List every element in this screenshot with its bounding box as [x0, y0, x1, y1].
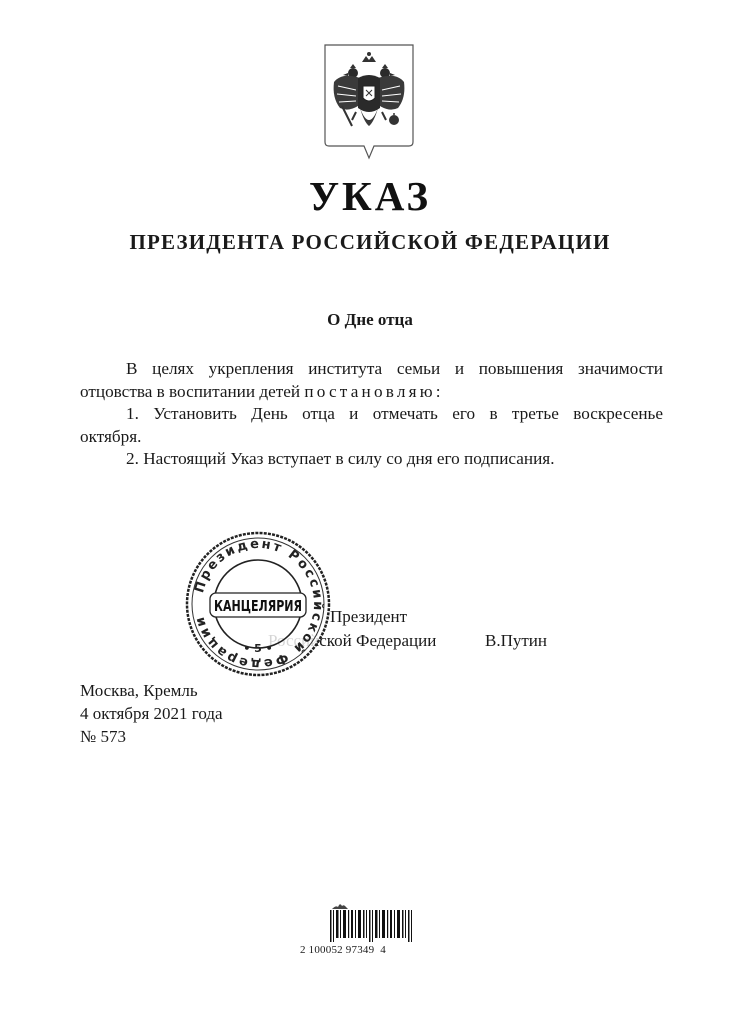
- decree-word: постановляю: [304, 382, 435, 401]
- item-1-line-1: 1. Установить День отца и отмечать его в…: [80, 403, 663, 426]
- double-headed-eagle-icon: [322, 42, 416, 162]
- document-subtitle: ПРЕЗИДЕНТА РОССИЙСКОЙ ФЕДЕРАЦИИ: [0, 228, 740, 256]
- preamble-colon: :: [436, 382, 441, 401]
- preamble-line-1: В целях укрепления института семьи и пов…: [80, 358, 663, 381]
- signatory-name: В.Путин: [485, 630, 547, 652]
- barcode-number: 2 100052 97349 4: [300, 944, 440, 957]
- preamble-line-2: отцовства в воспитании детей постановляю…: [80, 381, 663, 404]
- coat-of-arms-emblem: [322, 42, 416, 162]
- item-1-line-2: октября.: [80, 426, 663, 449]
- signatory-title-line-1: Президент: [330, 606, 407, 628]
- barcode: [324, 896, 424, 946]
- signing-place: Москва, Кремль: [80, 679, 223, 702]
- place-date-block: Москва, Кремль 4 октября 2021 года № 573: [80, 679, 223, 748]
- decree-heading: О Дне отца: [0, 308, 740, 332]
- item-2: 2. Настоящий Указ вступает в силу со дня…: [80, 448, 663, 471]
- document-title: УКАЗ: [0, 172, 740, 220]
- chancellery-seal: Президент Российской Федерации • 5 • КАН…: [184, 530, 332, 678]
- barcode-icon: [324, 896, 424, 946]
- svg-text:КАНЦЕЛЯРИЯ: КАНЦЕЛЯРИЯ: [214, 597, 302, 615]
- decree-body: В целях укрепления института семьи и пов…: [80, 358, 663, 471]
- preamble-text: отцовства в воспитании детей: [80, 382, 304, 401]
- decree-number: № 573: [80, 725, 223, 748]
- seal-stamp-icon: Президент Российской Федерации • 5 • КАН…: [184, 530, 332, 678]
- svg-text:• 5 •: • 5 •: [243, 642, 272, 655]
- signing-date: 4 октября 2021 года: [80, 702, 223, 725]
